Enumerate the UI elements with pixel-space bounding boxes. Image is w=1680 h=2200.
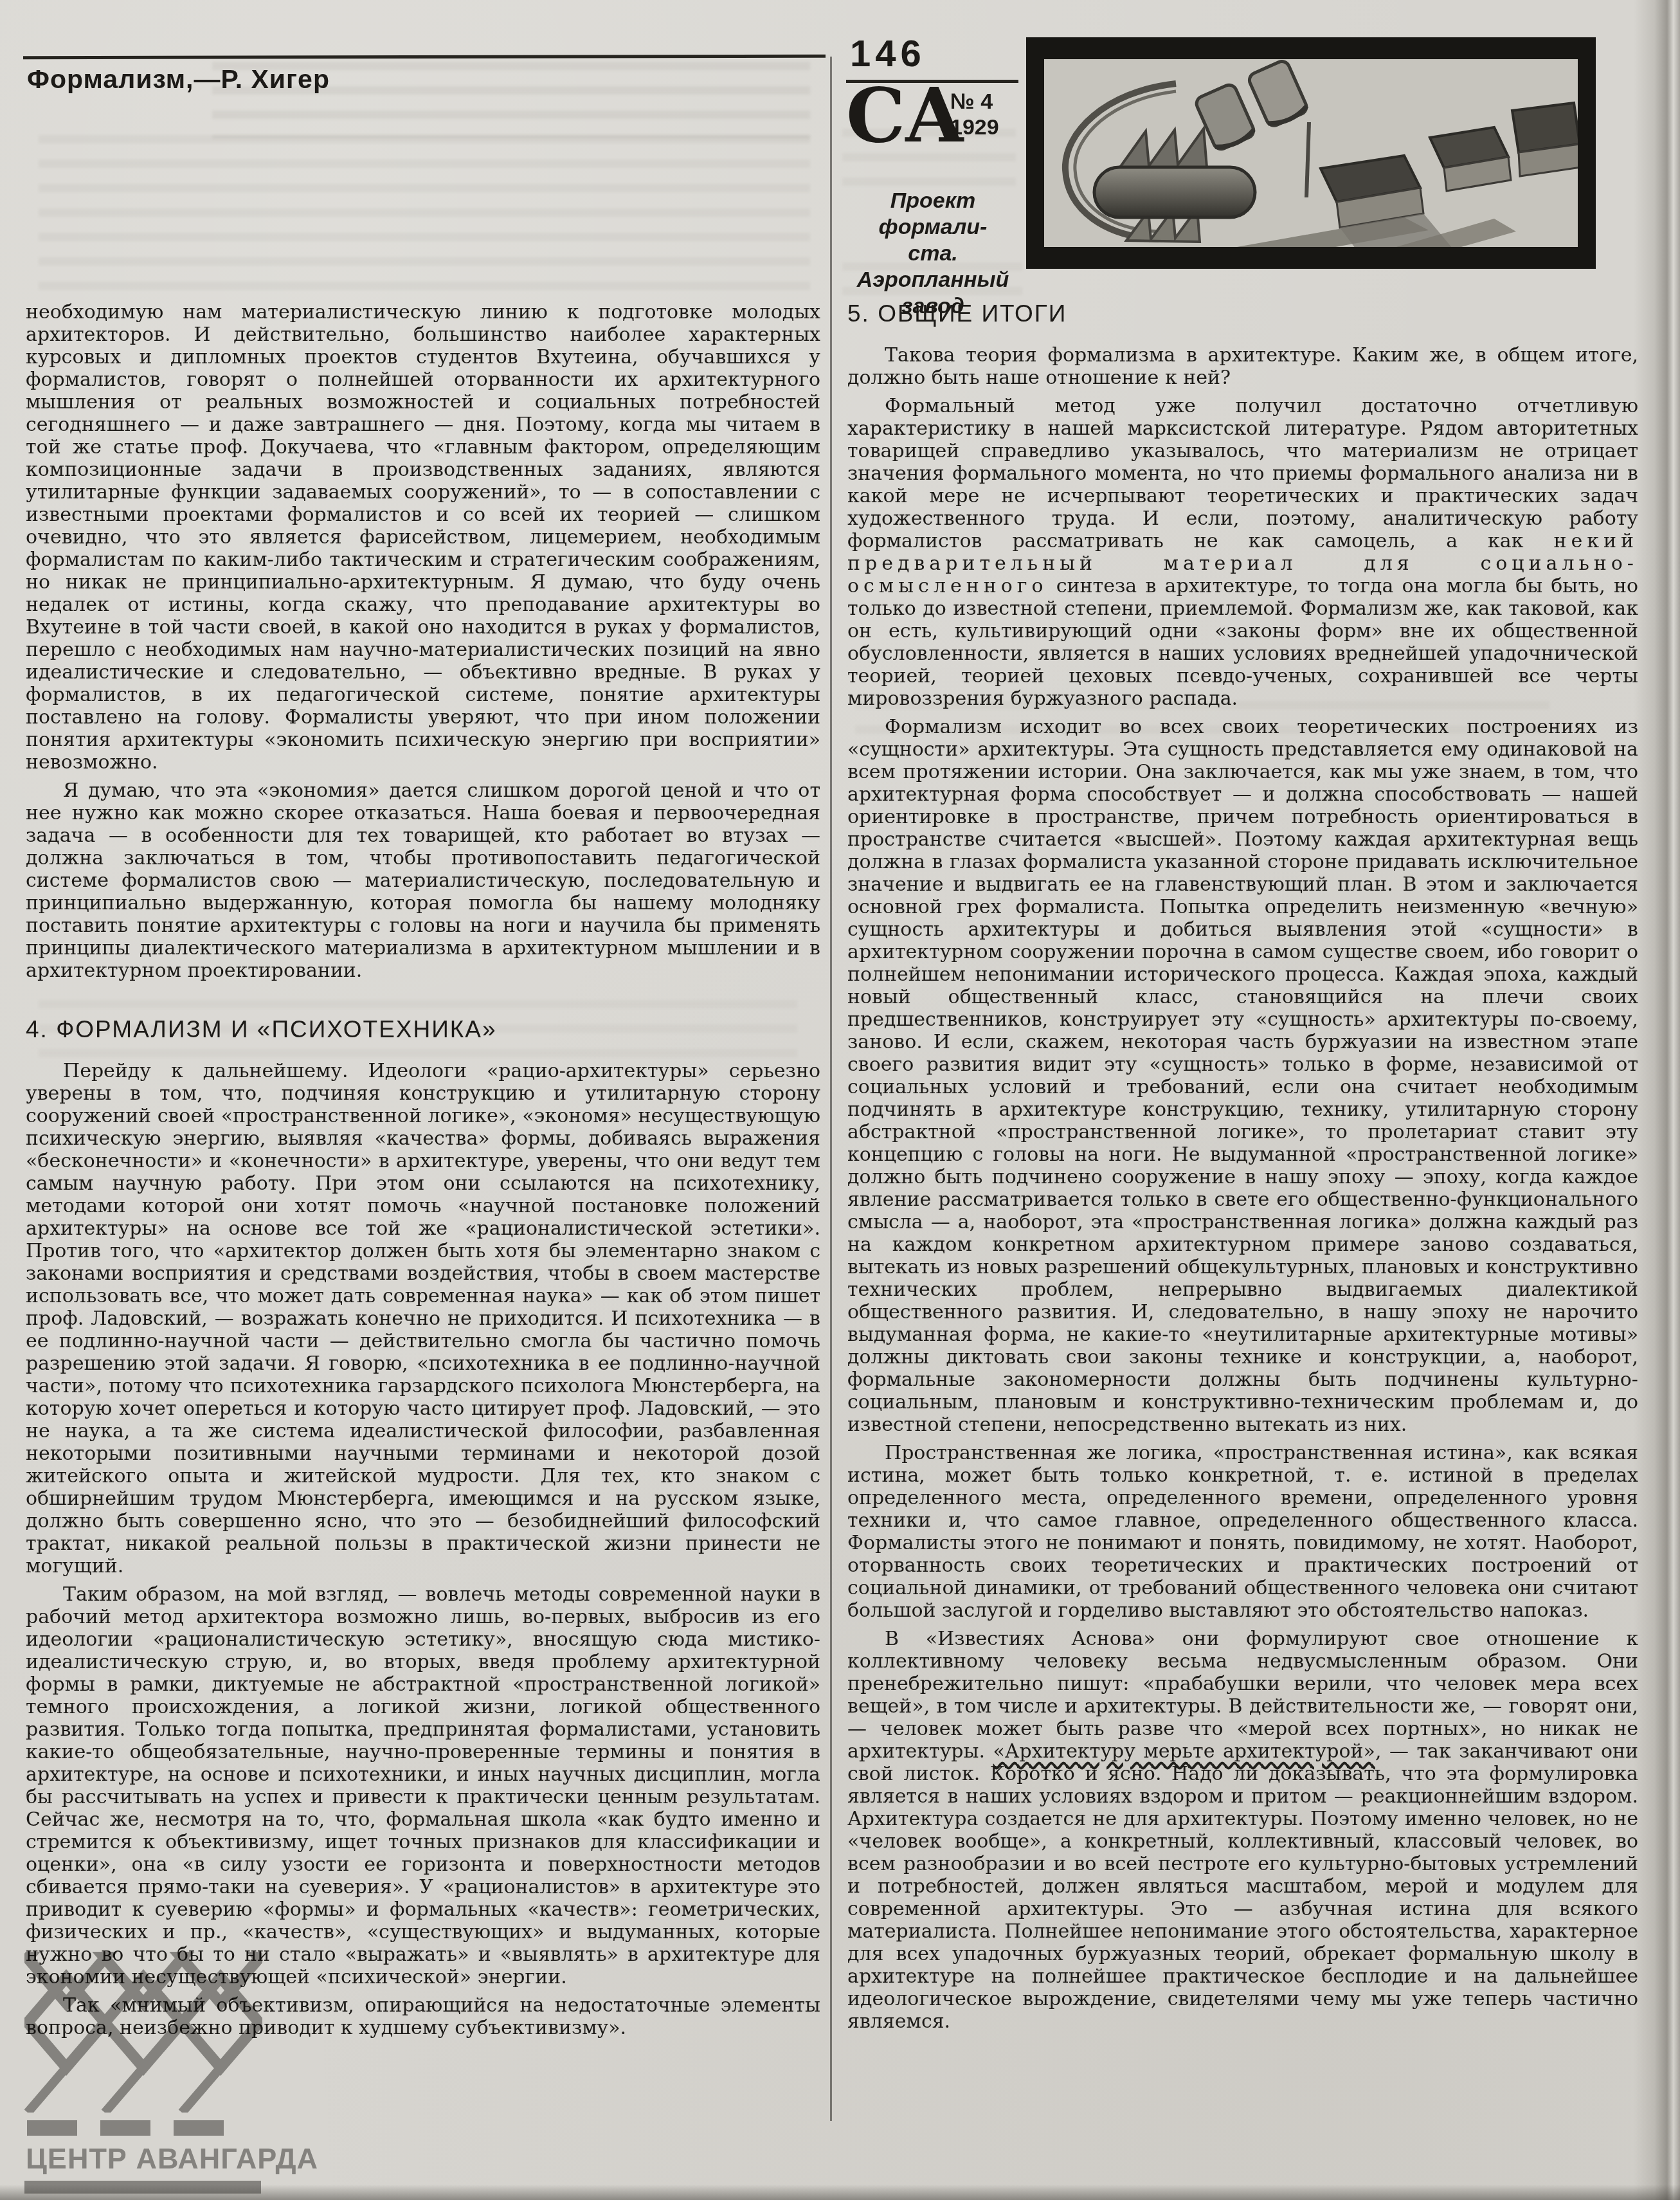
paragraph: Формальный метод уже получил достаточно … [847, 395, 1638, 710]
paragraph: Таким образом, на мой взгляд, — вовлечь … [26, 1583, 820, 1988]
paragraph: Я думаю, что эта «экономия» дается слишк… [26, 779, 820, 982]
paragraph: Формализм исходит во всех своих теоретич… [847, 716, 1638, 1436]
magazine-logo: СА [846, 78, 964, 153]
paragraph: Так «мнимый объективизм, опирающийся на … [26, 1994, 820, 2039]
left-column: необходимую нам материалистическую линию… [26, 301, 820, 2045]
underlined-slogan: «Архитектуру мерьте архитектурой» [993, 1740, 1375, 1763]
photo-caption-line: ста. Аэропланный [833, 241, 1033, 293]
issue-number: № 4 [950, 89, 999, 114]
bleed-through-text [39, 135, 810, 296]
header-rule [23, 55, 826, 60]
formalist-project-photo [1026, 37, 1596, 269]
article-header: Формализм,—Р. Хигер [27, 64, 330, 95]
watermark-label: ЦЕНТР АВАНГАРДА [26, 2142, 269, 2176]
page-edge-shadow [1634, 0, 1680, 2200]
paragraph: Пространственная же логика, «пространств… [847, 1442, 1638, 1622]
magazine-scan-page: Формализм,—Р. Хигер 146 СА № 4 1929 Прое… [0, 0, 1680, 2200]
paragraph: необходимую нам материалистическую линию… [26, 301, 820, 774]
right-column: 5. ОБЩИЕ ИТОГИ Такова теория формализма … [847, 301, 1638, 2039]
photo-caption-line: Проект формали- [833, 188, 1033, 241]
issue-block: № 4 1929 [950, 89, 999, 140]
paragraph: В «Известиях Аснова» они формулируют сво… [847, 1628, 1638, 2033]
issue-year: 1929 [950, 114, 999, 140]
paragraph-text: Формальный метод уже получил достаточно … [847, 395, 1638, 552]
watermark-dashes [27, 2120, 269, 2136]
architectural-drawing-icon [1044, 59, 1578, 247]
section-heading-5: 5. ОБЩИЕ ИТОГИ [847, 302, 1638, 325]
dash-icon [27, 2120, 77, 2136]
section-heading-4: 4. ФОРМАЛИЗМ И «ПСИХОТЕХНИКА» [26, 1018, 820, 1041]
page-bottom-shadow [0, 2185, 1680, 2200]
dash-icon [174, 2120, 224, 2136]
paragraph: Перейду к дальнейшему. Идеологи «рацио-а… [26, 1060, 820, 1577]
watermark-underline-bar [24, 2181, 261, 2194]
paragraph: Такова теория формализма в архитектуре. … [847, 344, 1638, 389]
dash-icon [100, 2120, 150, 2136]
paragraph-text: , — так заканчивают они свой листок. Кор… [847, 1740, 1638, 2033]
page-number: 146 [850, 32, 926, 75]
column-divider-rule [830, 57, 832, 2121]
